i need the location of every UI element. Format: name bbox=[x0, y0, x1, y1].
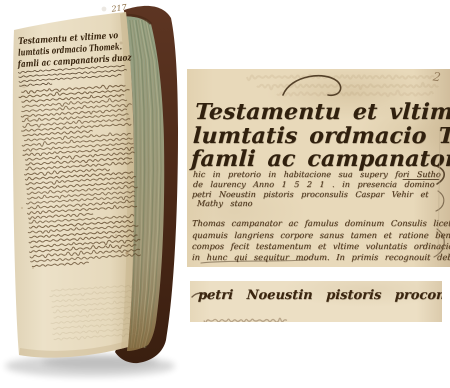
book-photo: 217 Testamentu et vltime vo lumtatis ord… bbox=[0, 0, 195, 388]
detail-crop-bottom: petri Noeustin pistoris proconsulis bbox=[190, 281, 442, 322]
handwritten-line bbox=[277, 91, 433, 97]
handwritten-line bbox=[257, 83, 438, 90]
corner-mark: 2 bbox=[432, 70, 442, 85]
handwritten-line bbox=[204, 318, 287, 322]
detail-body-line-3: compos fecit testamentum et vltime volun… bbox=[192, 241, 450, 251]
detail-sub-line-1: hic in pretorio in habitacione sua super… bbox=[193, 170, 441, 179]
detail-body-line-4: in hunc qui sequitur modum. In primis re… bbox=[192, 252, 450, 262]
detail-crop-top: 2 Testamentu et vltime vo lumtatis ordma… bbox=[187, 69, 450, 267]
manuscript-photo-scene: 217 Testamentu et vltime vo lumtatis ord… bbox=[0, 0, 450, 388]
detail-sub-line-2: de laurency Anno 1 5 2 1 . in presencia … bbox=[193, 180, 435, 189]
partial-line-strokes bbox=[204, 318, 287, 322]
detail-body-line-2: quamuis langriens corpore sanus tamen et… bbox=[192, 230, 450, 240]
detail-heading-line-3: famli ac campanatoris duoz bbox=[190, 146, 450, 172]
detail-sub-line-3: petri Noeustin pistoris proconsulis Casp… bbox=[192, 190, 429, 199]
detail-bottom-line: petri Noeustin pistoris proconsulis bbox=[198, 288, 442, 303]
showthrough-lines bbox=[247, 75, 438, 96]
detail-body-line-1: Thomas campanator ac famulus dominum Con… bbox=[192, 218, 450, 228]
handwritten-line bbox=[247, 75, 434, 80]
detail-sub-line-4: Mathy stano bbox=[197, 199, 253, 208]
detail-heading-line-1: Testamentu et vltime vo bbox=[194, 99, 450, 125]
